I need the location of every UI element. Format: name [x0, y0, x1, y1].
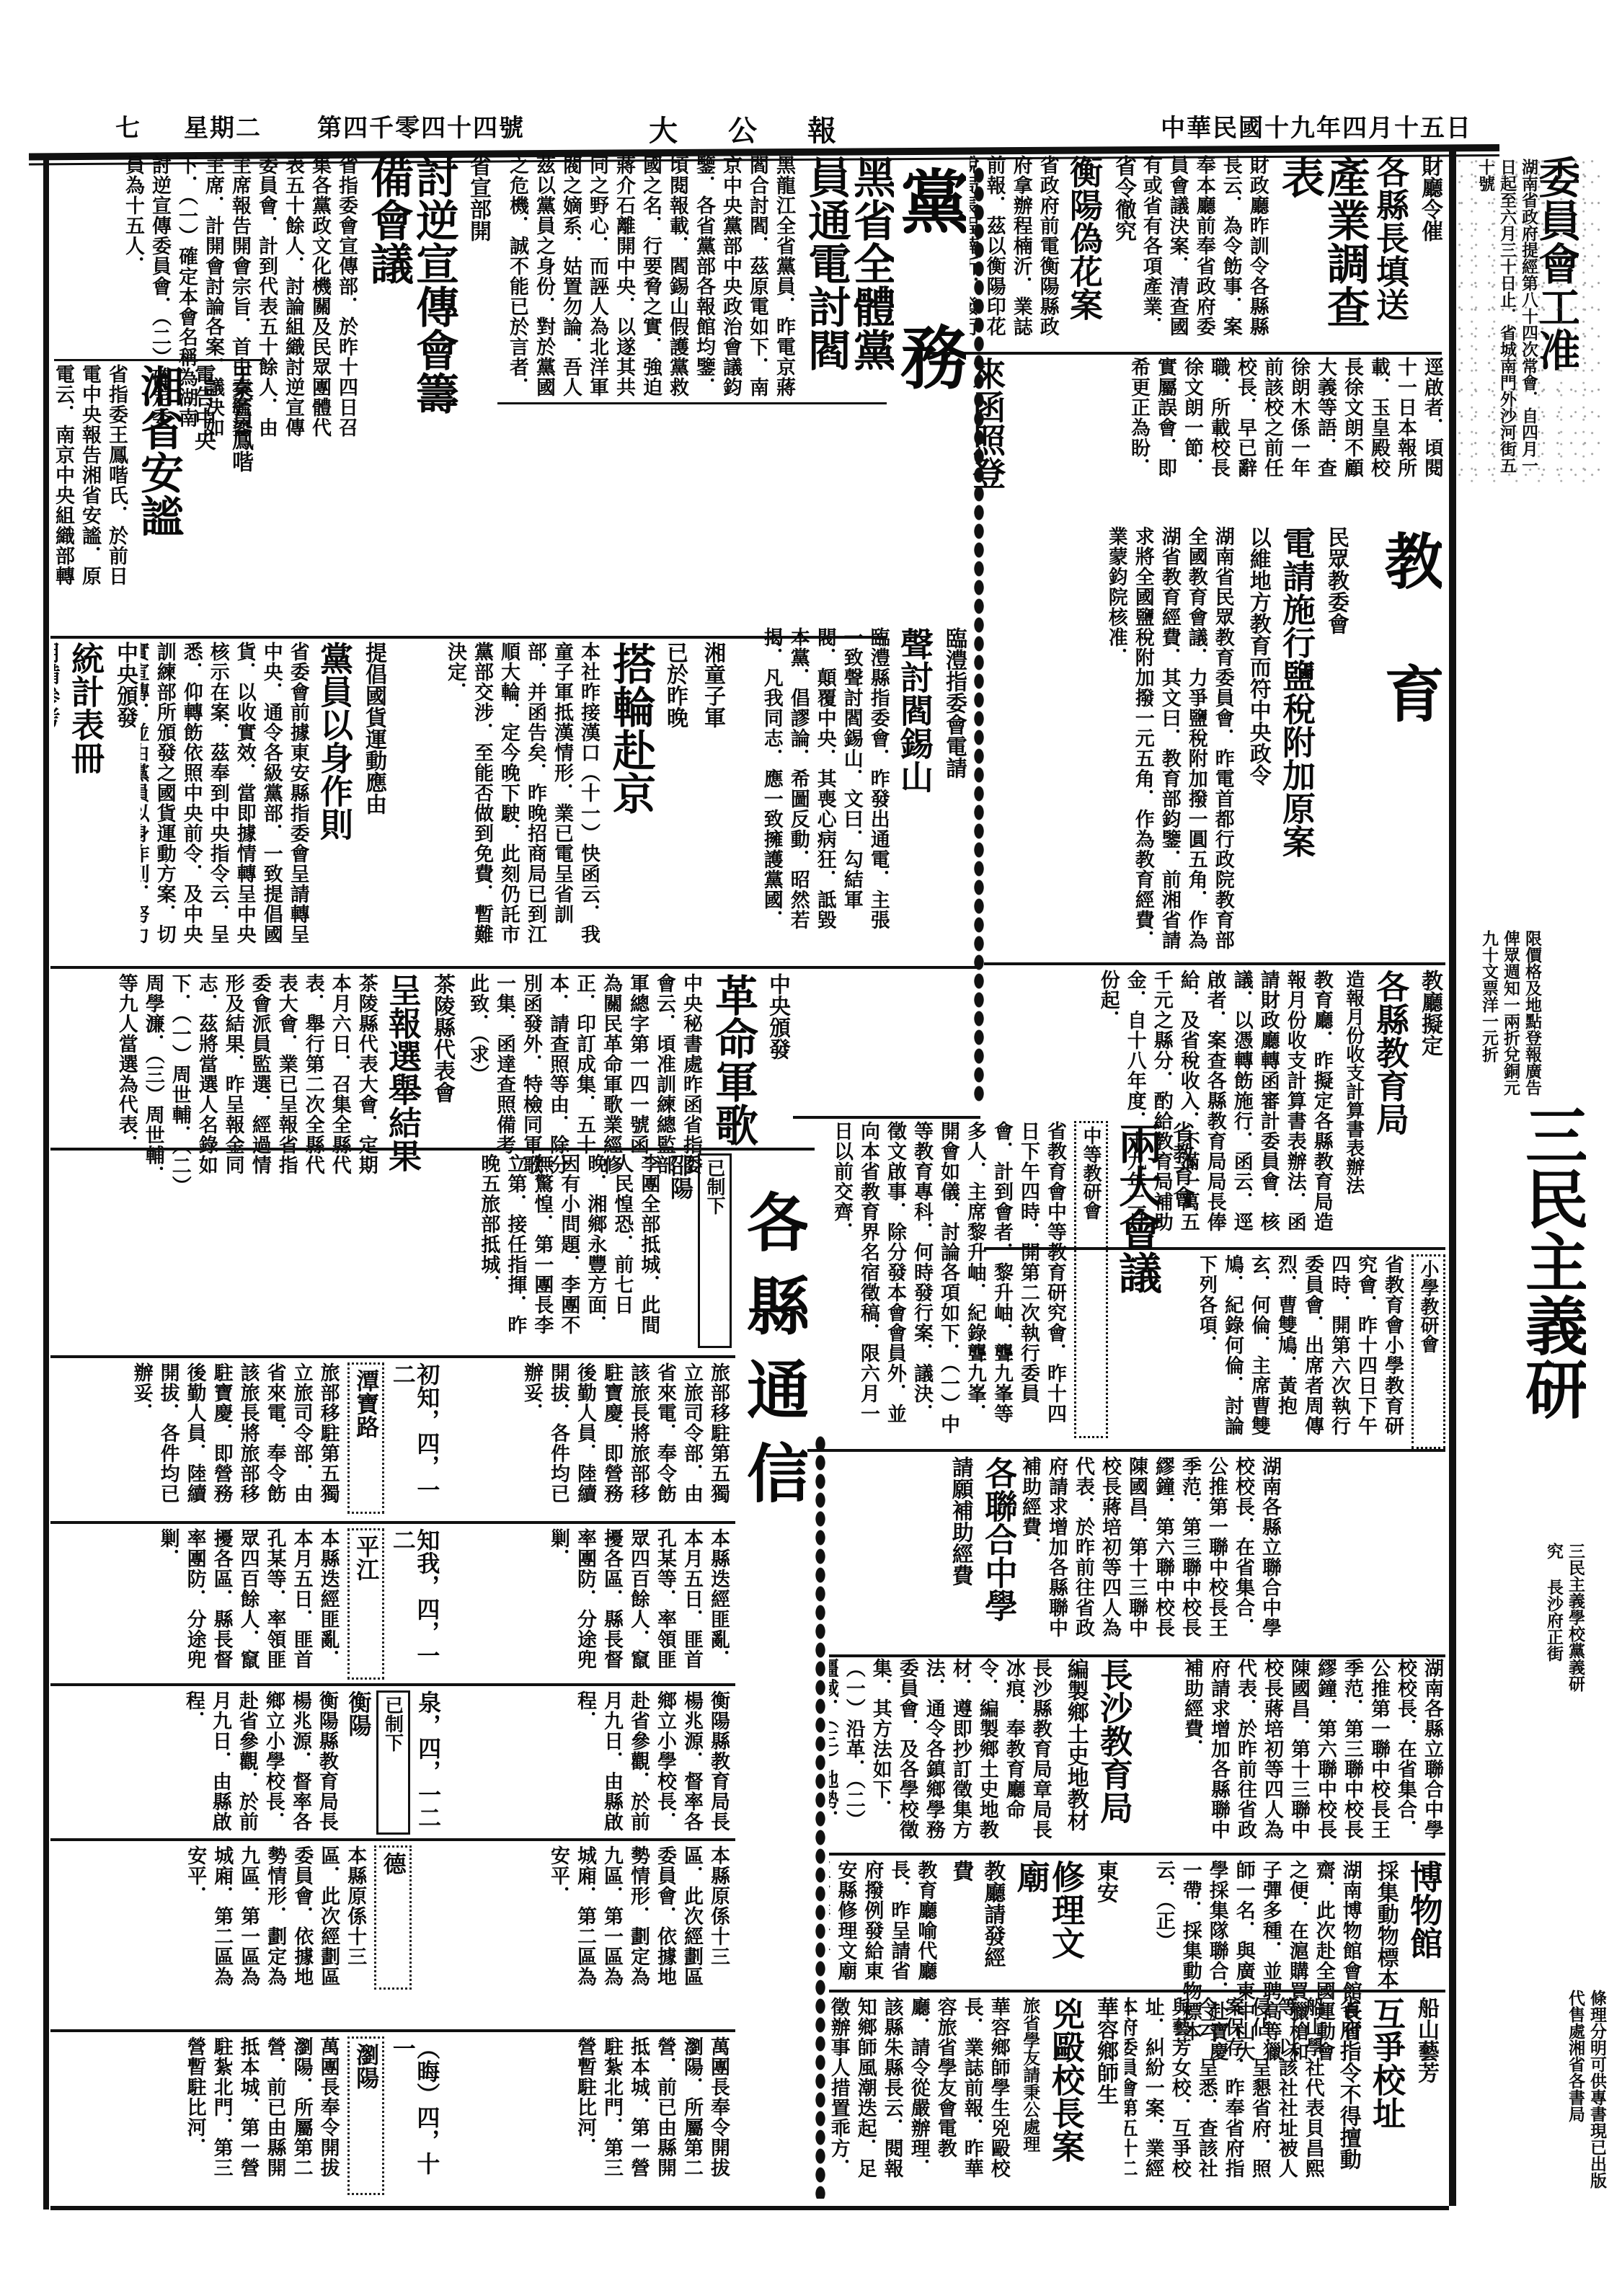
ad-bottom-notice: 條理分明可供專書現已出版代售處湘省各書局 [1528, 1990, 1608, 2191]
article-changsha-edu: 長沙教育局 編製鄉土史地教材 長沙縣教育局章局長冰痕．奉教育廳命令．編製鄉土史地… [829, 1658, 1132, 1849]
article-hengyang-fake-stamps: 省令徹究 衡陽偽花案 省政府前電衡陽縣政府拿辦程楠沂．業誌前報．茲以衡陽印花稅局… [970, 155, 1139, 350]
dispatch-hengyang: 衡陽縣教育局長楊兆源．督率各鄉立小學校長．赴省參觀．於前月九日．由縣啟程． 泉，… [54, 1690, 732, 1835]
article-statistics-booklet: 中央頒發 統計表冊 用備參考 [54, 642, 141, 959]
masthead: 中華民國十九年四月十五日 大公報 第四千零四十四號 星期二 七 [29, 108, 1507, 143]
rule [50, 1355, 735, 1358]
rule [829, 1654, 1445, 1657]
rule [50, 2029, 735, 2032]
article-wang-statement: 王委員鳳喈 電告中央 湘省安謐 省指委王鳳喈氏．於前日電中央報告湘省安謐．原電云… [54, 364, 256, 602]
article-chuanshan-dispute: 船山藝芳 互爭校址 省府指令不得擅動 船山學社代表貝昌熙等．以該社社址被人侵佔．… [1125, 1997, 1442, 2191]
rule [50, 1521, 735, 1524]
dispatch-ande: 本縣原係十三區．此次經劃區委員會．依據地勢情形．劃定為九區．第一區為城廂．第二區… [54, 1845, 732, 1990]
rule [50, 1148, 815, 1151]
rule [497, 402, 887, 404]
article-party-members-example: 提倡國貨運動應由 黨員以身作則 省委會前據東安縣指委會呈請轉呈中央．通令各級黨部… [141, 642, 389, 959]
decorative-divider [815, 1435, 826, 2199]
rule [807, 1449, 1445, 1452]
dispatch-date: 泉，四，一二 [416, 1690, 440, 1835]
dispatch-date: （晦）四，十一 [390, 2036, 438, 2195]
rule [50, 1838, 735, 1841]
article-joint-middle-school: 各聯合中學 請願補助經費 [829, 1456, 1016, 1651]
masthead-weekday: 星期二 [184, 108, 262, 143]
dispatch-place: 衡陽 [346, 1690, 371, 1835]
article-industry-survey: 財廳令催 各縣長填送 產業調查表 財政廳昨訓令各縣縣長云．為令飭事．案奉本廳前奉… [1139, 155, 1445, 350]
rule [829, 1853, 1445, 1856]
tag-label: 已制下 [698, 1153, 732, 1348]
rule [984, 962, 1445, 965]
dispatch-pingjiang: 本縣迭經匪亂．本月五日．匪首孔某等．率領匪眾四百餘人．竄擾各區．縣長督率團防．分… [54, 1528, 732, 1680]
dispatch-place: 邵陽 [668, 1153, 692, 1348]
article-huarong-assault: 華容鄉師生 兇毆校長案 旅省學友請秉公處理 華容鄉師學生兇毆校長．業誌前報．昨華… [829, 1997, 1121, 2191]
rule [50, 966, 980, 969]
article-joint-school-body: 湖南各縣立聯合中學校校長．在省集合．公推第一聯中校長王季范．第三聯中校長繆鐘．第… [1016, 1456, 1445, 1651]
left-border-rule [43, 155, 49, 2209]
masthead-paper-name: 大公報 [649, 108, 887, 149]
dispatch-shaoyang: 已制下 邵陽 李團全部抵城．此間人民惶恐．前七日晚．湘鄉永豐方面．因有小問題．李… [54, 1153, 732, 1348]
masthead-page-number: 七 [115, 108, 141, 143]
article-salt-tax-surcharge: 民眾教委會 電請施行鹽稅附加原案 以維地方教育而符中央政令 湖南省民眾教育委員會… [984, 526, 1352, 952]
masthead-issue: 第四千零四十四號 [317, 108, 525, 143]
article-letter-notice: 逕啟者．頃閱十一日本報所載．玉皇殿校長徐文朗不顧大義等語．查徐朗木係一年前該校之… [970, 357, 1445, 497]
dispatch-place: 德 [374, 1845, 412, 1990]
print-noise [1456, 155, 1600, 487]
rule [829, 1990, 1445, 1993]
masthead-date: 中華民國十九年四月十五日 [1161, 108, 1472, 143]
article-hei-telegram: 黑省全體黨員通電討閻 黑龍江全省黨員．昨電京蔣閻合討閻．茲原電如下．南京中央黨部… [497, 155, 894, 400]
ad-sanmin-sub: 三民主義學校黨義研究 長沙府正街 [1499, 1543, 1586, 1701]
dispatch-place: 瀏陽 [347, 2036, 385, 2195]
bottom-border-rule [50, 2206, 1449, 2210]
rule [54, 359, 263, 361]
newspaper-page: 中華民國十九年四月十五日 大公報 第四千零四十四號 星期二 七 委員會工准 湖南… [0, 0, 1622, 2296]
rule [793, 1116, 980, 1119]
tag-primary-edu-research: 小學教研會 [1412, 1254, 1445, 1449]
article-temple-repair: 東安 修理文廟 教廳請發經費 教育廳喻代廳長．昨呈請省府撥例發給東安縣修理文廟經… [829, 1860, 1121, 1986]
section-education: 教育 [1355, 530, 1442, 840]
dispatch-place: 潭寶路 [347, 1362, 385, 1514]
dispatch-liuyang: 萬團長奉令開拔瀏陽．所屬第二營．前已由縣開抵本城．第一營駐紮北門．第三營暫駐比河… [54, 2036, 732, 2195]
dispatch-place: 平江 [347, 1528, 385, 1680]
section-party-affairs: 黨務 [894, 166, 966, 555]
section-county-news: 各縣通信 [735, 1189, 807, 1622]
dispatch-date: 初知，四，一二 [390, 1362, 438, 1514]
article-liling-telegram: 臨澧指委會電請 聲討閻錫山 臨澧縣指委會．昨發出通電．主張一致聲討閻錫山．文曰．… [732, 627, 970, 937]
decorative-divider [973, 166, 985, 1103]
dispatch-tan-bao-road: 旅部移駐第五獨立旅司令部．由省來電．奉令飭該旅長將旅部移駐寶慶．即營務後勤人員．… [54, 1362, 732, 1514]
article-boy-scouts: 湘童子軍 已於昨晚 搭輪赴京 本社昨接漢口（十一）快函云．我童子軍抵漢情形．業已… [389, 642, 728, 959]
tag-label: 已制下 [376, 1690, 410, 1835]
tag-secondary-edu-research: 中等教研會 [1074, 1121, 1108, 1438]
article-primary-edu-research: 小學教研會 省教育會小學教育研究會．昨十四日下午四時．開第六次執行委員會．出席者… [1200, 1254, 1445, 1449]
rule [50, 1683, 735, 1686]
dispatch-date: 知我，四，一二 [390, 1528, 438, 1680]
ad-price-notice: 限價格及地點登報廣告俾眾週知一兩折兌銅元九十文票洋一元折 [1463, 930, 1543, 1096]
right-column-rule [1449, 151, 1456, 2206]
rule [930, 352, 1442, 355]
article-two-meetings: 省教育會 兩大會議 中等教研會 省教育會中等教育研究會．昨十四日下午四時．開第二… [807, 1121, 1197, 1438]
